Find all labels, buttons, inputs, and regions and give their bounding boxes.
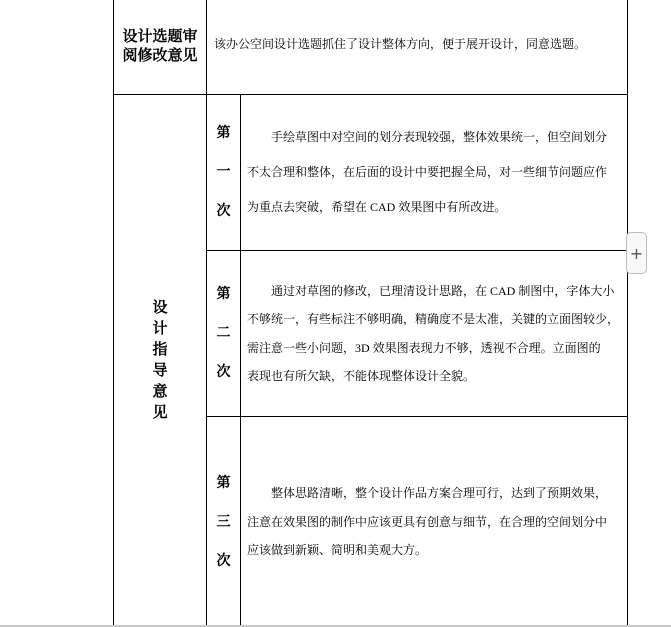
entry-third-label: 第 三 次: [207, 417, 241, 627]
topic-review-comment-cell: 该办公空间设计选题抓住了设计整体方向，便于展开设计，同意选题。: [207, 0, 627, 94]
guidance-row: 设 计 指 导 意 见 第 一 次 手绘草图中对空间的划分表现较强，整体效果统一…: [114, 95, 627, 627]
entry-second-text-cell: 通过对草图的修改，已理清设计思路，在 CAD 制图中，字体大小 不够统一，有些标…: [241, 251, 627, 416]
entry-first-text-cell: 手绘草图中对空间的划分表现较强，整体效果统一，但空间划分 不太合理和整体，在后面…: [241, 95, 627, 250]
guidance-header-cell: 设 计 指 导 意 见: [114, 95, 207, 627]
topic-review-comment-text: 该办公空间设计选题抓住了设计整体方向，便于展开设计，同意选题。: [214, 36, 586, 53]
document-page: 设计选题审 阅修改意见 该办公空间设计选题抓住了设计整体方向，便于展开设计，同意…: [0, 0, 671, 627]
insert-plus-button[interactable]: +: [626, 232, 647, 274]
entry-second-text: 通过对草图的修改，已理清设计思路，在 CAD 制图中，字体大小 不够统一，有些标…: [247, 277, 619, 391]
guidance-entry-first: 第 一 次 手绘草图中对空间的划分表现较强，整体效果统一，但空间划分 不太合理和…: [207, 95, 627, 251]
guidance-entry-third: 第 三 次 整体思路清晰，整个设计作品方案合理可行，达到了预期效果， 注意在效果…: [207, 417, 627, 627]
entry-first-text: 手绘草图中对空间的划分表现较强，整体效果统一，但空间划分 不太合理和整体，在后面…: [247, 120, 607, 225]
plus-icon: +: [630, 244, 643, 263]
entry-second-label: 第 二 次: [207, 251, 241, 416]
guidance-entry-second: 第 二 次 通过对草图的修改，已理清设计思路，在 CAD 制图中，字体大小 不够…: [207, 251, 627, 417]
entry-first-label: 第 一 次: [207, 95, 241, 250]
topic-review-header-cell: 设计选题审 阅修改意见: [114, 0, 207, 94]
topic-review-row: 设计选题审 阅修改意见 该办公空间设计选题抓住了设计整体方向，便于展开设计，同意…: [114, 0, 627, 95]
review-table: 设计选题审 阅修改意见 该办公空间设计选题抓住了设计整体方向，便于展开设计，同意…: [113, 0, 628, 627]
entry-third-text: 整体思路清晰，整个设计作品方案合理可行，达到了预期效果， 注意在效果图的制作中应…: [247, 479, 607, 565]
guidance-entries: 第 一 次 手绘草图中对空间的划分表现较强，整体效果统一，但空间划分 不太合理和…: [207, 95, 627, 627]
entry-third-text-cell: 整体思路清晰，整个设计作品方案合理可行，达到了预期效果， 注意在效果图的制作中应…: [241, 417, 627, 627]
